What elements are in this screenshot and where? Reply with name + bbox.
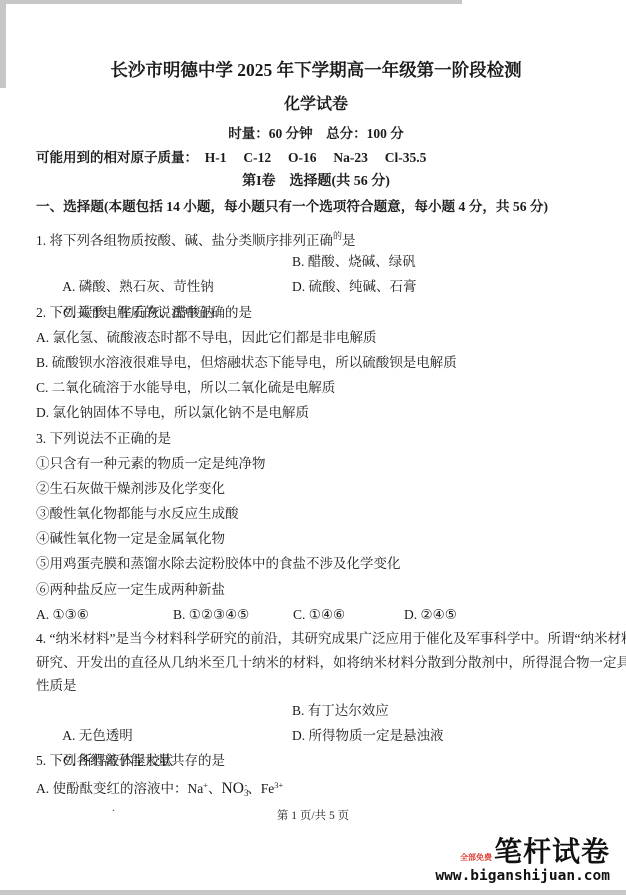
question-3-options-row: A. ①③⑥ B. ①②③④⑤ C. ①④⑥ D. ②④⑤: [36, 602, 596, 627]
question-1-options-row-2: C. 碳酸、生石灰、醋酸钠 D. 硫酸、纯碱、石膏: [36, 274, 596, 299]
scan-edge-left: [0, 0, 6, 88]
question-4-stem-line-3: 性质是: [36, 674, 596, 698]
question-4-stem-line-1: 4. “纳米材料”是当今材料科学研究的前沿，其研究成果广泛应用于催化及军事科学中…: [36, 627, 596, 651]
q5-option-a: A. 使酚酞变红的溶液中：Na+、NO3-、Fe3+: [36, 773, 596, 798]
q3-statement-6: ⑥两种盐反应一定生成两种新盐: [36, 577, 596, 602]
q3-statement-4: ④碱性氧化物一定是金属氧化物: [36, 526, 596, 551]
q2-option-a: A. 氯化氢、硫酸液态时都不导电，因此它们都是非电解质: [36, 325, 596, 350]
question-4-options-row-2: C. 所得液体呈胶状 D. 所得物质一定是悬浊液: [36, 723, 596, 748]
q4-option-b: B. 有丁达尔效应: [292, 698, 389, 723]
watermark-top-row: 全部免费 笔杆试卷: [435, 837, 610, 867]
nitrate-base: NO: [222, 780, 244, 797]
q2-option-c: C. 二氧化硫溶于水能导电，所以二氧化硫是电解质: [36, 375, 596, 400]
watermark-free-tagline: 全部免费: [460, 853, 492, 862]
page-title: 长沙市明德中学 2025 年下学期高一年级第一阶段检测: [36, 58, 596, 82]
q3-option-a: A. ①③⑥: [36, 602, 89, 627]
scan-edge-bottom: [0, 890, 626, 895]
q4-option-d: D. 所得物质一定是悬浊液: [292, 723, 444, 748]
page-number: 第 1 页/共 5 页: [0, 807, 626, 823]
section-heading: 第I卷 选择题(共 56 分): [36, 172, 596, 192]
paper-subtitle: 化学试卷: [36, 94, 596, 116]
q5a-text: A. 使酚酞变红的溶液中：Na: [36, 781, 203, 796]
q5a-fe-charge: 3+: [274, 780, 283, 790]
q1-stem-text: 1. 将下列各组物质按酸、碱、盐分类顺序排列正确: [36, 233, 333, 248]
section-instruction: 一、选择题(本题包括 14 小题，每小题只有一个选项符合题意，每小题 4 分，共…: [36, 196, 596, 218]
q3-statement-1: ①只含有一种元素的物质一定是纯净物: [36, 451, 596, 476]
q3-statement-3: ③酸性氧化物都能与水反应生成酸: [36, 501, 596, 526]
q1-option-b: B. 醋酸、烧碱、绿矾: [292, 249, 416, 274]
q3-statement-2: ②生石灰做干燥剂涉及化学变化: [36, 476, 596, 501]
q1-stem-superscript: 的: [333, 231, 342, 241]
time-score-line: 时量：60 分钟 总分：100 分: [36, 124, 596, 144]
q5a-separator-1: 、: [208, 781, 222, 796]
q3-statement-5: ⑤用鸡蛋壳膜和蒸馏水除去淀粉胶体中的食盐不涉及化学变化: [36, 551, 596, 576]
watermark: 全部免费 笔杆试卷 www.biganshijuan.com: [435, 837, 610, 885]
question-1-options-row-1: A. 磷酸、熟石灰、苛性钠 B. 醋酸、烧碱、绿矾: [36, 249, 596, 274]
q3-option-c: C. ①④⑥: [293, 602, 345, 627]
q1-stem-tail: 是: [342, 233, 356, 248]
watermark-brand: 笔杆试卷: [494, 837, 610, 867]
q1-option-d: D. 硫酸、纯碱、石膏: [292, 274, 417, 299]
nitrate-formula: NO3-: [222, 780, 248, 797]
question-1-stem: 1. 将下列各组物质按酸、碱、盐分类顺序排列正确的是: [36, 224, 596, 249]
q3-option-d: D. ②④⑤: [404, 602, 457, 627]
exam-paper-page: 长沙市明德中学 2025 年下学期高一年级第一阶段检测 化学试卷 时量：60 分…: [0, 0, 626, 896]
question-2-stem: 2. 下列关于电解质的说法中正确的是: [36, 300, 596, 325]
q5a-separator-2: 、Fe: [247, 781, 274, 796]
watermark-url: www.biganshijuan.com: [435, 867, 610, 885]
q2-option-b: B. 硫酸钡水溶液很难导电，但熔融状态下能导电，所以硫酸钡是电解质: [36, 350, 596, 375]
question-4-stem-line-2: 研究、开发出的直径从几纳米至几十纳米的材料，如将纳米材料分散到分散剂中，所得混合…: [36, 651, 596, 675]
document-content: 长沙市明德中学 2025 年下学期高一年级第一阶段检测 化学试卷 时量：60 分…: [36, 0, 596, 798]
question-3-stem: 3. 下列说法不正确的是: [36, 426, 596, 451]
q3-option-b: B. ①②③④⑤: [173, 602, 249, 627]
questions-block: 1. 将下列各组物质按酸、碱、盐分类顺序排列正确的是 A. 磷酸、熟石灰、苛性钠…: [36, 224, 596, 798]
question-4-options-row-1: A. 无色透明 B. 有丁达尔效应: [36, 698, 596, 723]
atomic-mass-line: 可能用到的相对原子质量： H-1 C-12 O-16 Na-23 Cl-35.5: [36, 148, 596, 168]
q2-option-d: D. 氯化钠固体不导电，所以氯化钠不是电解质: [36, 400, 596, 425]
question-5-stem: 5. 下列各组离子能大量共存的是: [36, 748, 596, 773]
